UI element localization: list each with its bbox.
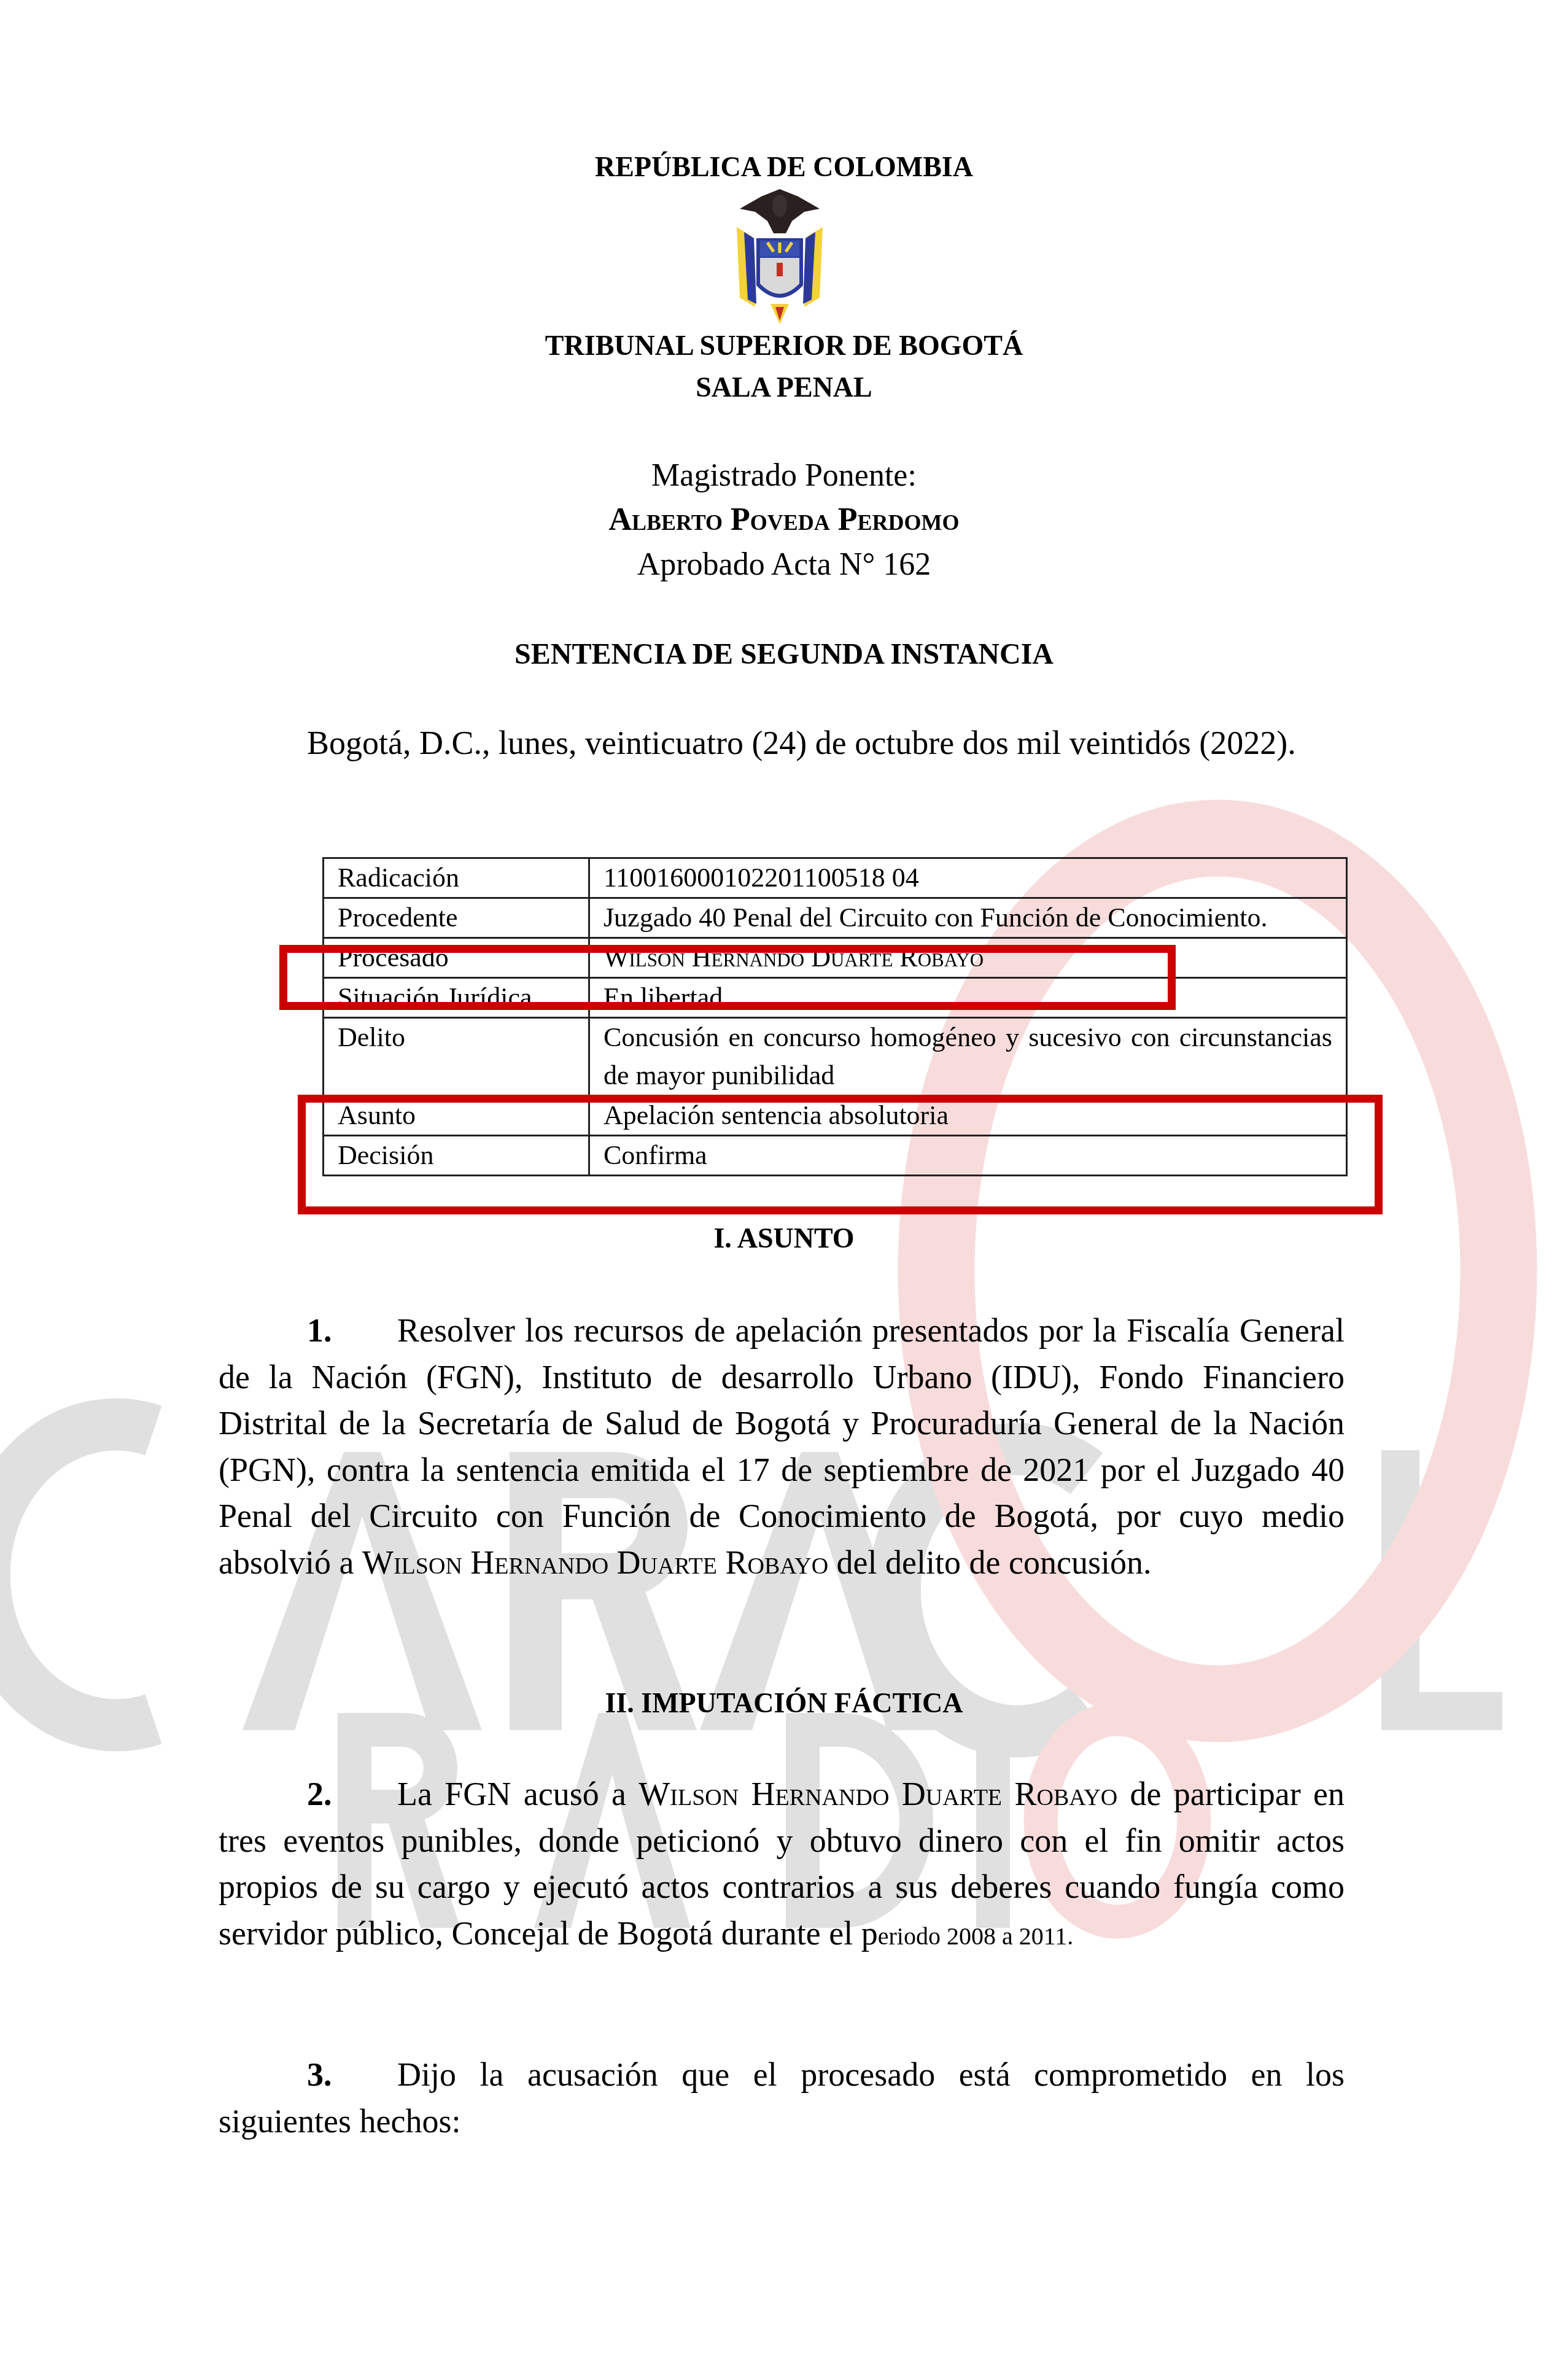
paragraph-text-small: eriodo 2008 a 2011. (878, 1922, 1073, 1950)
row-label: Radicación (324, 858, 589, 898)
defendant-name: Wilson Hernando Duarte Robayo (638, 1776, 1117, 1812)
approval-record: Aprobado Acta N° 162 (0, 546, 1568, 583)
chamber-heading: SALA PENAL (0, 371, 1568, 403)
table-row: ProcedenteJuzgado 40 Penal del Circuito … (324, 898, 1347, 938)
row-value: 110016000102201100518 04 (589, 858, 1347, 898)
paragraph-number: 3. (307, 2052, 397, 2099)
paragraph-2: 2.La FGN acusó a Wilson Hernando Duarte … (219, 1771, 1345, 1959)
paragraph-text: del delito de concusión. (828, 1544, 1151, 1581)
section-heading-imputacion: II. IMPUTACIÓN FÁCTICA (0, 1687, 1568, 1719)
colombia-coat-of-arms-icon (718, 184, 841, 325)
paragraph-number: 2. (307, 1771, 397, 1818)
court-heading: TRIBUNAL SUPERIOR DE BOGOTÁ (0, 329, 1568, 362)
paragraph-1: 1.Resolver los recursos de apelación pre… (219, 1308, 1345, 1586)
document-page: REPÚBLICA DE COLOMBIA TRIBUNAL SUPERIOR … (0, 0, 1568, 2357)
row-label: Procedente (324, 898, 589, 938)
table-row: Radicación110016000102201100518 04 (324, 858, 1347, 898)
row-value: Juzgado 40 Penal del Circuito con Funció… (589, 898, 1347, 938)
paragraph-text: La FGN acusó a (397, 1776, 638, 1812)
row-value: Concusión en concurso homogéneo y sucesi… (589, 1018, 1347, 1096)
row-label: Delito (324, 1018, 589, 1096)
document-type-heading: SENTENCIA DE SEGUNDA INSTANCIA (0, 637, 1568, 671)
highlight-box-defendant (279, 945, 1176, 1010)
country-heading: REPÚBLICA DE COLOMBIA (0, 150, 1568, 183)
paragraph-number: 1. (307, 1308, 397, 1354)
magistrate-label: Magistrado Ponente: (0, 457, 1568, 494)
date-text: Bogotá, D.C., lunes, veinticuatro (24) d… (307, 724, 1296, 761)
table-row: DelitoConcusión en concurso homogéneo y … (324, 1018, 1347, 1096)
section-heading-asunto: I. ASUNTO (0, 1222, 1568, 1254)
highlight-box-subject-decision (298, 1095, 1383, 1214)
date-line: Bogotá, D.C., lunes, veinticuatro (24) d… (219, 720, 1345, 767)
defendant-name: Wilson Hernando Duarte Robayo (362, 1544, 828, 1581)
paragraph-3: 3.Dijo la acusación que el procesado est… (219, 2052, 1345, 2145)
magistrate-name: Alberto Poveda Perdomo (0, 502, 1568, 538)
